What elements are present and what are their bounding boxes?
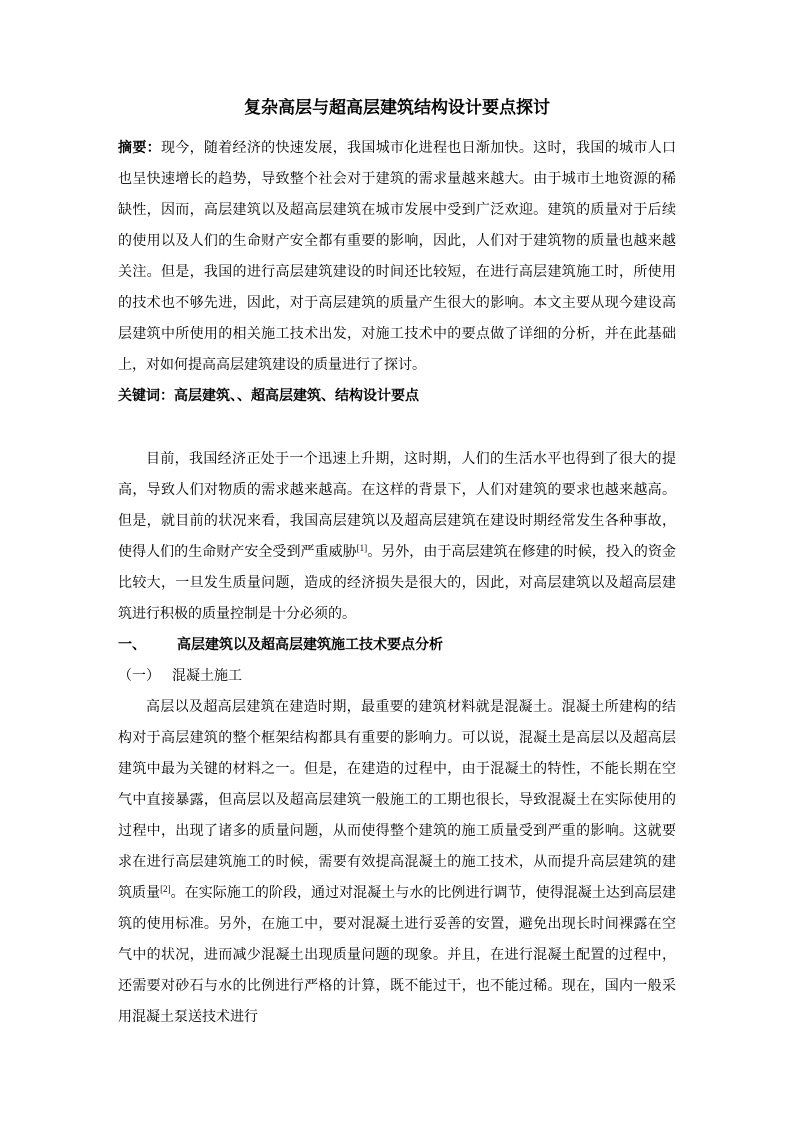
- blank-line-spacer: [118, 412, 676, 444]
- abstract-paragraph: 摘要：现今，随着经济的快速发展，我国城市化进程也日渐加快。这时，我国的城市人口也…: [118, 133, 676, 381]
- subsection-title: 混凝土施工: [172, 669, 242, 684]
- keywords-label: 关键词：: [118, 389, 174, 404]
- intro-paragraph: 目前，我国经济正处于一个迅速上升期，这时期，人们的生活水平也得到了很大的提高，导…: [118, 444, 676, 630]
- citation-ref-1: [1]: [357, 543, 368, 553]
- citation-ref-2: [2]: [160, 884, 171, 894]
- section-number: 一、: [118, 630, 177, 661]
- concrete-paragraph: 高层以及超高层建筑在建造时期，最重要的建筑材料就是混凝土。混凝土所建构的结构对于…: [118, 692, 676, 1033]
- section-title: 高层建筑以及超高层建筑施工技术要点分析: [177, 638, 443, 653]
- keywords-text: 高层建筑、、超高层建筑、结构设计要点: [174, 389, 419, 404]
- subsection-heading-1: （一）混凝土施工: [118, 661, 676, 692]
- concrete-text-part1: 高层以及超高层建筑在建造时期，最重要的建筑材料就是混凝土。混凝土所建构的结构对于…: [118, 700, 676, 901]
- intro-text-part1: 目前，我国经济正处于一个迅速上升期，这时期，人们的生活水平也得到了很大的提高，导…: [118, 452, 676, 560]
- concrete-text-part2: 。在实际施工的阶段，通过对混凝土与水的比例进行调节，使得混凝土达到高层建筑的使用…: [118, 886, 676, 1025]
- document-page: 复杂高层与超高层建筑结构设计要点探讨 摘要：现今，随着经济的快速发展，我国城市化…: [0, 0, 793, 1122]
- keywords-line: 关键词：高层建筑、、超高层建筑、结构设计要点: [118, 381, 676, 412]
- page-title: 复杂高层与超高层建筑结构设计要点探讨: [118, 95, 676, 121]
- abstract-label: 摘要：: [118, 141, 161, 156]
- section-heading-1: 一、高层建筑以及超高层建筑施工技术要点分析: [118, 630, 676, 661]
- subsection-number: （一）: [118, 669, 160, 684]
- abstract-text: 现今，随着经济的快速发展，我国城市化进程也日渐加快。这时，我国的城市人口也呈快速…: [118, 141, 676, 373]
